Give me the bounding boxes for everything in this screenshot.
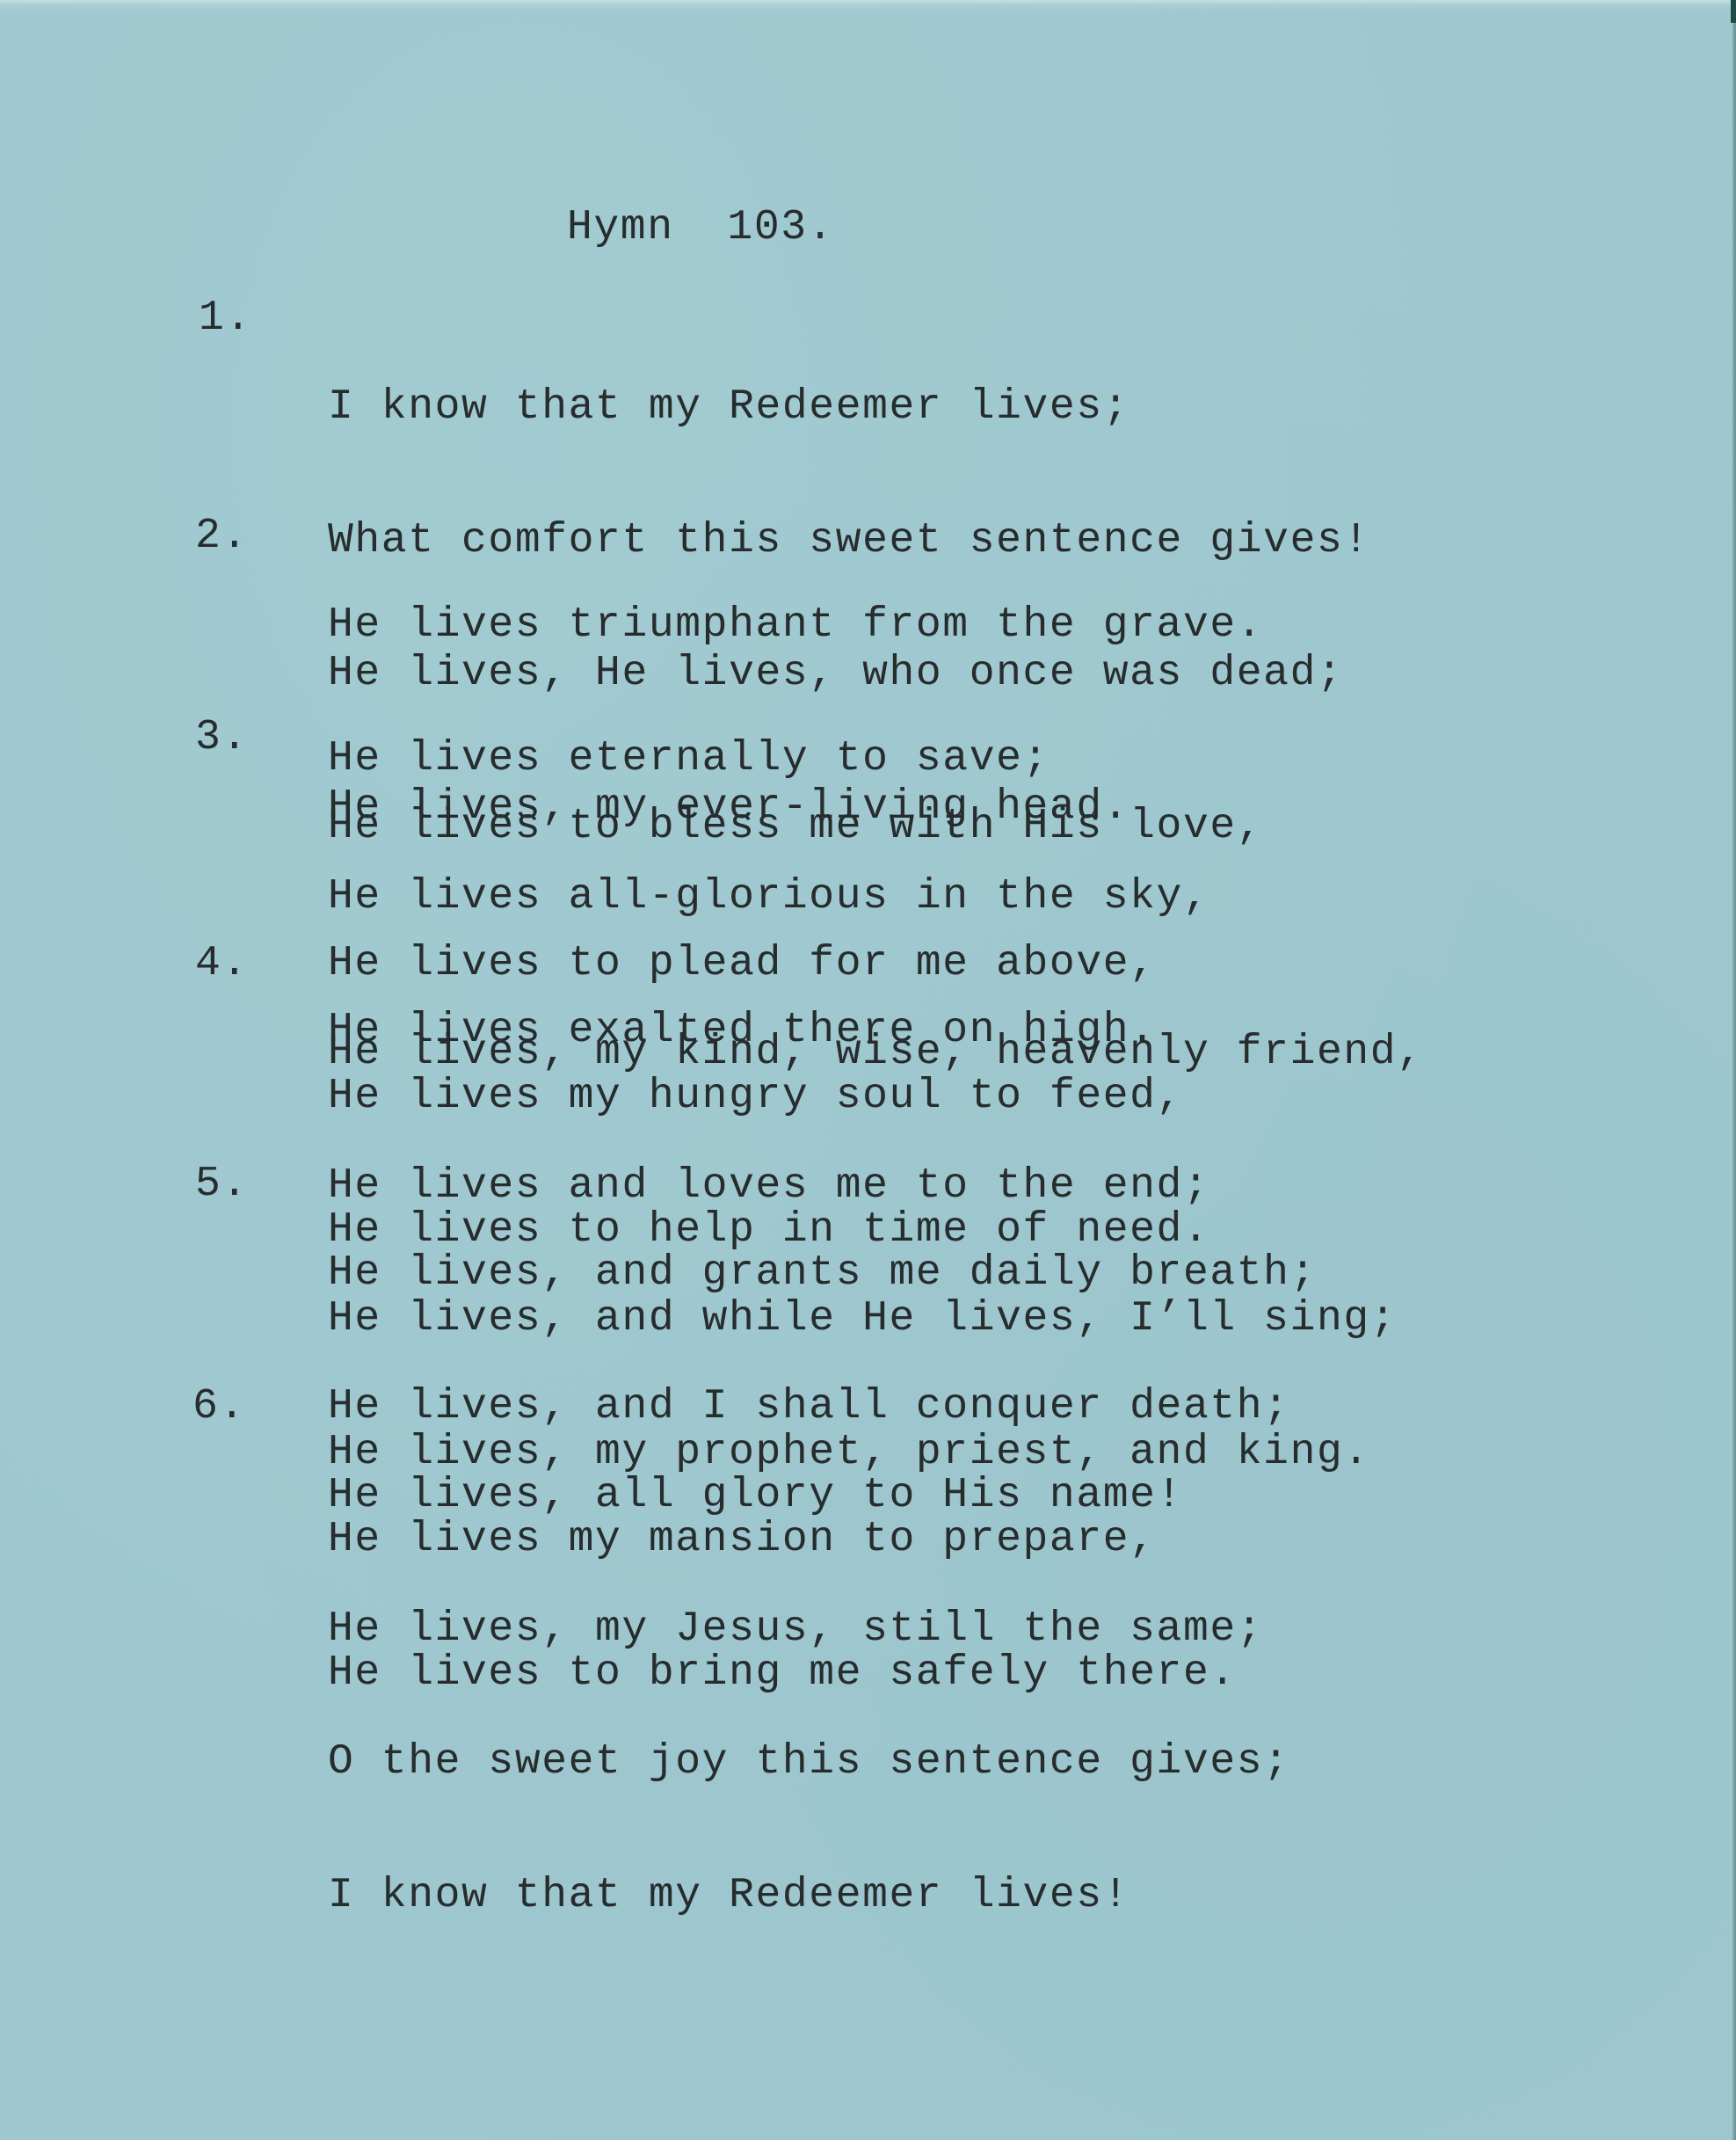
verse-line: I know that my Redeemer lives!: [328, 1874, 1290, 1918]
paper-right-edge: [1732, 0, 1736, 2140]
verse-number: 1.: [199, 296, 252, 341]
verse-line: He lives triumphant from the grave.: [328, 603, 1263, 648]
verse-line: He lives, all glory to His name!: [328, 1474, 1290, 1518]
verse-number: 2.: [195, 514, 249, 559]
verse-line: He lives, my Jesus, still the same;: [328, 1607, 1290, 1652]
verse-line: He lives to bless me with His love,: [328, 804, 1263, 849]
verse-line: I know that my Redeemer lives;: [328, 385, 1370, 430]
hymn-title: Hymn 103.: [567, 206, 834, 251]
verse-number: 5.: [195, 1162, 249, 1207]
verse-line: He lives, and grants me daily breath;: [328, 1251, 1317, 1296]
verse-number: 4.: [195, 942, 249, 986]
verse-number: 6.: [192, 1385, 246, 1430]
verse-line: O the sweet joy this sentence gives;: [328, 1740, 1290, 1785]
verse-line: He lives, my kind, wise, heavenly friend…: [328, 1030, 1424, 1075]
verse-lines: He lives, all glory to His name! He live…: [328, 1385, 1290, 2006]
paper-corner-shadow: [1731, 0, 1736, 23]
verse-number: 3.: [195, 716, 249, 761]
